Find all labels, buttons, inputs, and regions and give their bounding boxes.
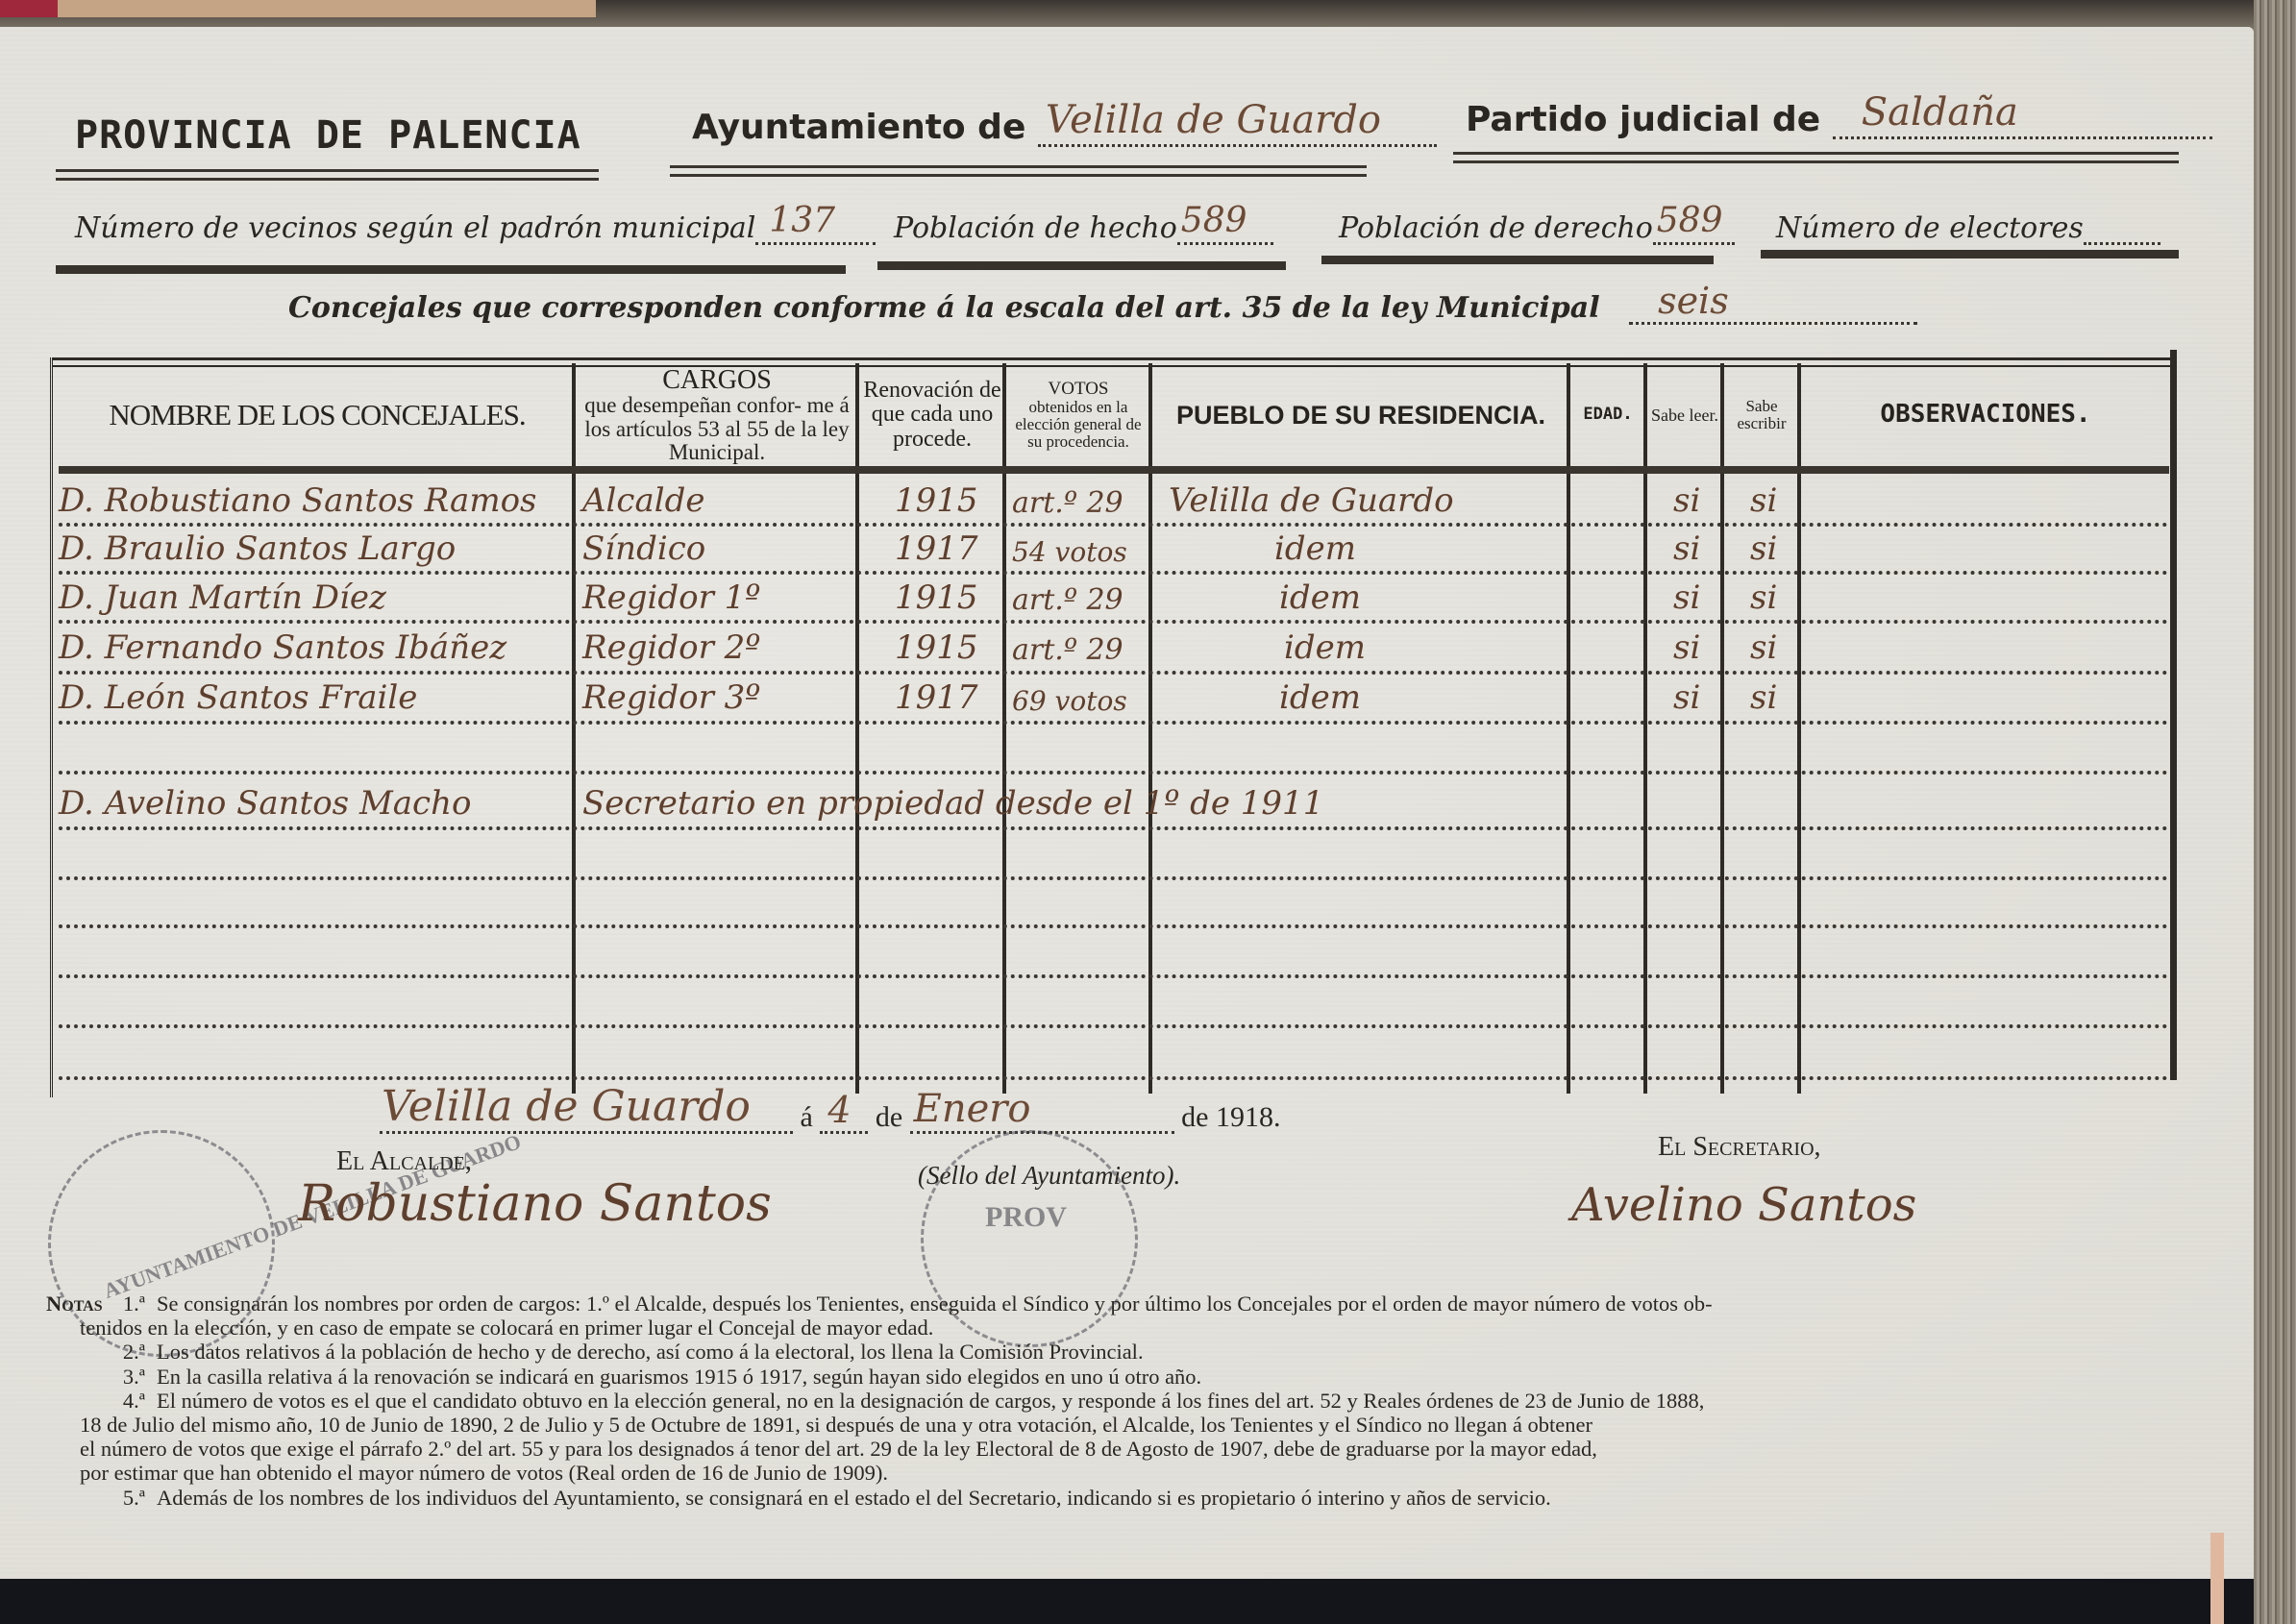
table-row: D. Robustiano Santos Ramos Alcalde 1915 … <box>59 478 2169 523</box>
notes-label: Notas <box>46 1292 102 1316</box>
col-header-votos-title: VOTOS <box>1049 380 1109 399</box>
col-header-edad: EDAD. <box>1572 367 1643 463</box>
vecinos-label: Número de vecinos según el padrón munici… <box>75 211 755 245</box>
cell-nombre: D. Avelino Santos Macho <box>59 780 471 823</box>
hecho-label: Población de hecho <box>894 211 1177 245</box>
cell-nombre: D. Robustiano Santos Ramos <box>59 478 568 520</box>
date-year: de 1918. <box>1181 1101 1280 1133</box>
hecho-value: 589 <box>1181 201 1247 240</box>
cell-nombre: D. Juan Martín Díez <box>59 575 386 617</box>
cell-votos: art.º 29 <box>1012 575 1123 617</box>
table-row: D. Juan Martín Díez Regidor 1º 1915 art.… <box>59 575 2169 620</box>
row-rule <box>59 1076 2169 1080</box>
note-1: Notas 1.ª Se consignarán los nombres por… <box>46 1292 2189 1316</box>
cell-pueblo: Velilla de Guardo <box>1169 478 1454 520</box>
background-cloth <box>0 1579 2254 1624</box>
row-rule <box>59 924 2169 928</box>
secretario-signature: Avelino Santos <box>1571 1178 1916 1232</box>
alcalde-signature: Robustiano Santos <box>298 1175 772 1233</box>
secretario-label: El Secretario, <box>1658 1132 1821 1163</box>
cell-renovacion: 1915 <box>895 478 978 520</box>
concejales-value: seis <box>1658 280 1729 322</box>
cell-cargo: Regidor 1º <box>582 575 760 617</box>
ayuntamiento-label: Ayuntamiento de <box>692 108 1025 147</box>
cell-pueblo: idem <box>1274 526 1356 568</box>
secretary-row: D. Avelino Santos Macho Secretario en pr… <box>59 780 2169 825</box>
cell-votos: art.º 29 <box>1012 625 1123 667</box>
ayuntamiento-rule <box>670 165 1367 177</box>
cell-nombre: D. León Santos Fraile <box>59 675 417 717</box>
date-day: 4 <box>827 1089 851 1131</box>
col-header-sabe-escribir: Sabe escribir <box>1726 367 1797 463</box>
col-header-votos-desc: obtenidos en la elección general de su p… <box>1008 399 1148 451</box>
col-header-cargos-desc: que desempeñan confor- me á los artículo… <box>578 394 856 463</box>
partido-value: Saldaña <box>1862 90 2018 135</box>
electores-field: Número de electores <box>1776 211 2160 245</box>
row-rule <box>59 826 2169 830</box>
cell-escribir: si <box>1750 675 1777 717</box>
cell-votos: art.º 29 <box>1012 478 1123 520</box>
cell-cargo: Regidor 3º <box>582 675 760 717</box>
row-rule <box>59 620 2169 624</box>
note-text: Se consignarán los nombres por orden de … <box>157 1292 2189 1316</box>
row-rule <box>59 721 2169 725</box>
stamp-right-text: PROV <box>985 1201 1067 1234</box>
col-header-cargos-title: CARGOS <box>662 366 772 394</box>
note-5: 5.ª Además de los nombres de los individ… <box>46 1486 2189 1510</box>
row-rule <box>59 1024 2169 1028</box>
vecinos-rule <box>56 265 846 274</box>
note-text: por estimar que han obtenido el mayor nú… <box>46 1461 2189 1485</box>
note-4-cont: por estimar que han obtenido el mayor nú… <box>46 1461 2189 1485</box>
note-number: 4.ª <box>102 1389 145 1413</box>
col-header-observaciones: OBSERVACIONES. <box>1803 367 2168 463</box>
hecho-field: Población de hecho589 <box>894 211 1273 245</box>
derecho-value: 589 <box>1657 201 1723 240</box>
col-header-sabe-leer: Sabe leer. <box>1649 367 1720 463</box>
cell-votos: 54 votos <box>1012 526 1127 568</box>
note-4-cont: el número de votos que exige el párrafo … <box>46 1437 2189 1461</box>
book-page-edges <box>2254 0 2296 1624</box>
cell-escribir: si <box>1750 625 1777 667</box>
cell-pueblo: idem <box>1279 675 1361 717</box>
note-text: el número de votos que exige el párrafo … <box>46 1437 2189 1461</box>
vecinos-field: Número de vecinos según el padrón munici… <box>75 211 876 245</box>
col-header-votos: VOTOS obtenidos en la elección general d… <box>1008 367 1148 463</box>
cell-cargo: Síndico <box>582 526 705 568</box>
sello-label: (Sello del Ayuntamiento). <box>918 1161 1180 1191</box>
note-number: 1.ª <box>102 1292 145 1316</box>
cell-votos: 69 votos <box>1012 675 1127 717</box>
note-text: El número de votos es el que el candidat… <box>157 1389 2189 1413</box>
cell-leer: si <box>1673 675 1700 717</box>
note-number: 5.ª <box>102 1486 145 1510</box>
notes-section: Notas 1.ª Se consignarán los nombres por… <box>46 1292 2189 1510</box>
note-text: tenidos en la elección, y en caso de emp… <box>46 1316 2189 1340</box>
alcalde-label: El Alcalde, <box>336 1146 472 1177</box>
row-rule <box>59 974 2169 978</box>
cell-renovacion: 1917 <box>895 526 978 568</box>
note-number: 3.ª <box>102 1365 145 1389</box>
note-text: En la casilla relativa á la renovación s… <box>157 1365 2189 1389</box>
note-number: 2.ª <box>102 1340 145 1364</box>
cell-renovacion: 1915 <box>895 625 978 667</box>
book-binding <box>0 0 596 17</box>
note-3: 3.ª En la casilla relativa á la renovaci… <box>46 1365 2189 1389</box>
vecinos-value: 137 <box>769 201 835 240</box>
col-header-cargos: CARGOS que desempeñan confor- me á los a… <box>578 367 856 463</box>
cell-leer: si <box>1673 478 1700 520</box>
date-place: Velilla de Guardo <box>382 1082 751 1131</box>
cell-escribir: si <box>1750 478 1777 520</box>
date-month: Enero <box>914 1087 1031 1131</box>
col-header-pueblo: PUEBLO DE SU RESIDENCIA. <box>1154 367 1568 463</box>
title-rule <box>56 169 599 181</box>
table-row: D. León Santos Fraile Regidor 3º 1917 69… <box>59 675 2169 720</box>
derecho-rule <box>1321 256 1714 264</box>
note-text: Los datos relativos á la población de he… <box>157 1340 2189 1364</box>
cell-leer: si <box>1673 526 1700 568</box>
col-header-nombre: NOMBRE DE LOS CONCEJALES. <box>62 367 572 463</box>
province-title: PROVINCIA DE PALENCIA <box>75 113 581 158</box>
cell-leer: si <box>1673 625 1700 667</box>
note-4: 4.ª El número de votos es el que el cand… <box>46 1389 2189 1413</box>
cell-renovacion: 1917 <box>895 675 978 717</box>
cell-nombre: D. Braulio Santos Largo <box>59 526 456 568</box>
document-page: PROVINCIA DE PALENCIA Ayuntamiento de Ve… <box>0 27 2254 1581</box>
concejales-label: Concejales que corresponden conforme á l… <box>288 291 1600 325</box>
partido-field: Partido judicial de Saldaña <box>1466 100 2212 139</box>
note-2: 2.ª Los datos relativos á la población d… <box>46 1340 2189 1364</box>
table-right-border <box>2170 350 2177 1080</box>
note-text: Además de los nombres de los individuos … <box>157 1486 2189 1510</box>
cell-leer: si <box>1673 575 1700 617</box>
cell-cargo: Regidor 2º <box>582 625 760 667</box>
cell-nombre: D. Fernando Santos Ibáñez <box>59 625 506 667</box>
ayuntamiento-value: Velilla de Guardo <box>1046 98 1381 142</box>
derecho-label: Población de derecho <box>1339 211 1653 245</box>
partido-label: Partido judicial de <box>1466 100 1820 139</box>
concejales-table: NOMBRE DE LOS CONCEJALES. CARGOS que des… <box>50 357 2169 1097</box>
cell-secretary-note: Secretario en propiedad desde el 1º de 1… <box>582 780 1323 823</box>
date-a: á <box>801 1101 813 1133</box>
cell-escribir: si <box>1750 575 1777 617</box>
bookmark-ribbon <box>2210 1533 2224 1624</box>
header-rule <box>59 466 2169 474</box>
hecho-rule <box>877 261 1286 270</box>
cell-renovacion: 1915 <box>895 575 978 617</box>
note-4-cont: 18 de Julio del mismo año, 10 de Junio d… <box>46 1413 2189 1437</box>
date-de: de <box>876 1101 902 1133</box>
derecho-field: Población de derecho589 <box>1339 211 1735 245</box>
ayuntamiento-field: Ayuntamiento de Velilla de Guardo <box>692 108 1437 147</box>
table-top-border <box>53 357 2172 367</box>
cell-cargo: Alcalde <box>582 478 705 520</box>
row-rule <box>59 876 2169 880</box>
row-rule <box>59 771 2169 775</box>
concejales-line: Concejales que corresponden conforme á l… <box>288 291 1917 325</box>
table-row: D. Fernando Santos Ibáñez Regidor 2º 191… <box>59 625 2169 670</box>
note-text: 18 de Julio del mismo año, 10 de Junio d… <box>46 1413 2189 1437</box>
col-header-renovacion: Renovación de que cada uno procede. <box>862 367 1002 463</box>
cell-pueblo: idem <box>1279 575 1361 617</box>
cell-pueblo: idem <box>1284 625 1366 667</box>
electores-label: Número de electores <box>1776 211 2084 245</box>
electores-rule <box>1761 250 2179 258</box>
table-row: D. Braulio Santos Largo Síndico 1917 54 … <box>59 526 2169 571</box>
cell-escribir: si <box>1750 526 1777 568</box>
note-1-cont: tenidos en la elección, y en caso de emp… <box>46 1316 2189 1340</box>
partido-rule <box>1453 152 2179 163</box>
